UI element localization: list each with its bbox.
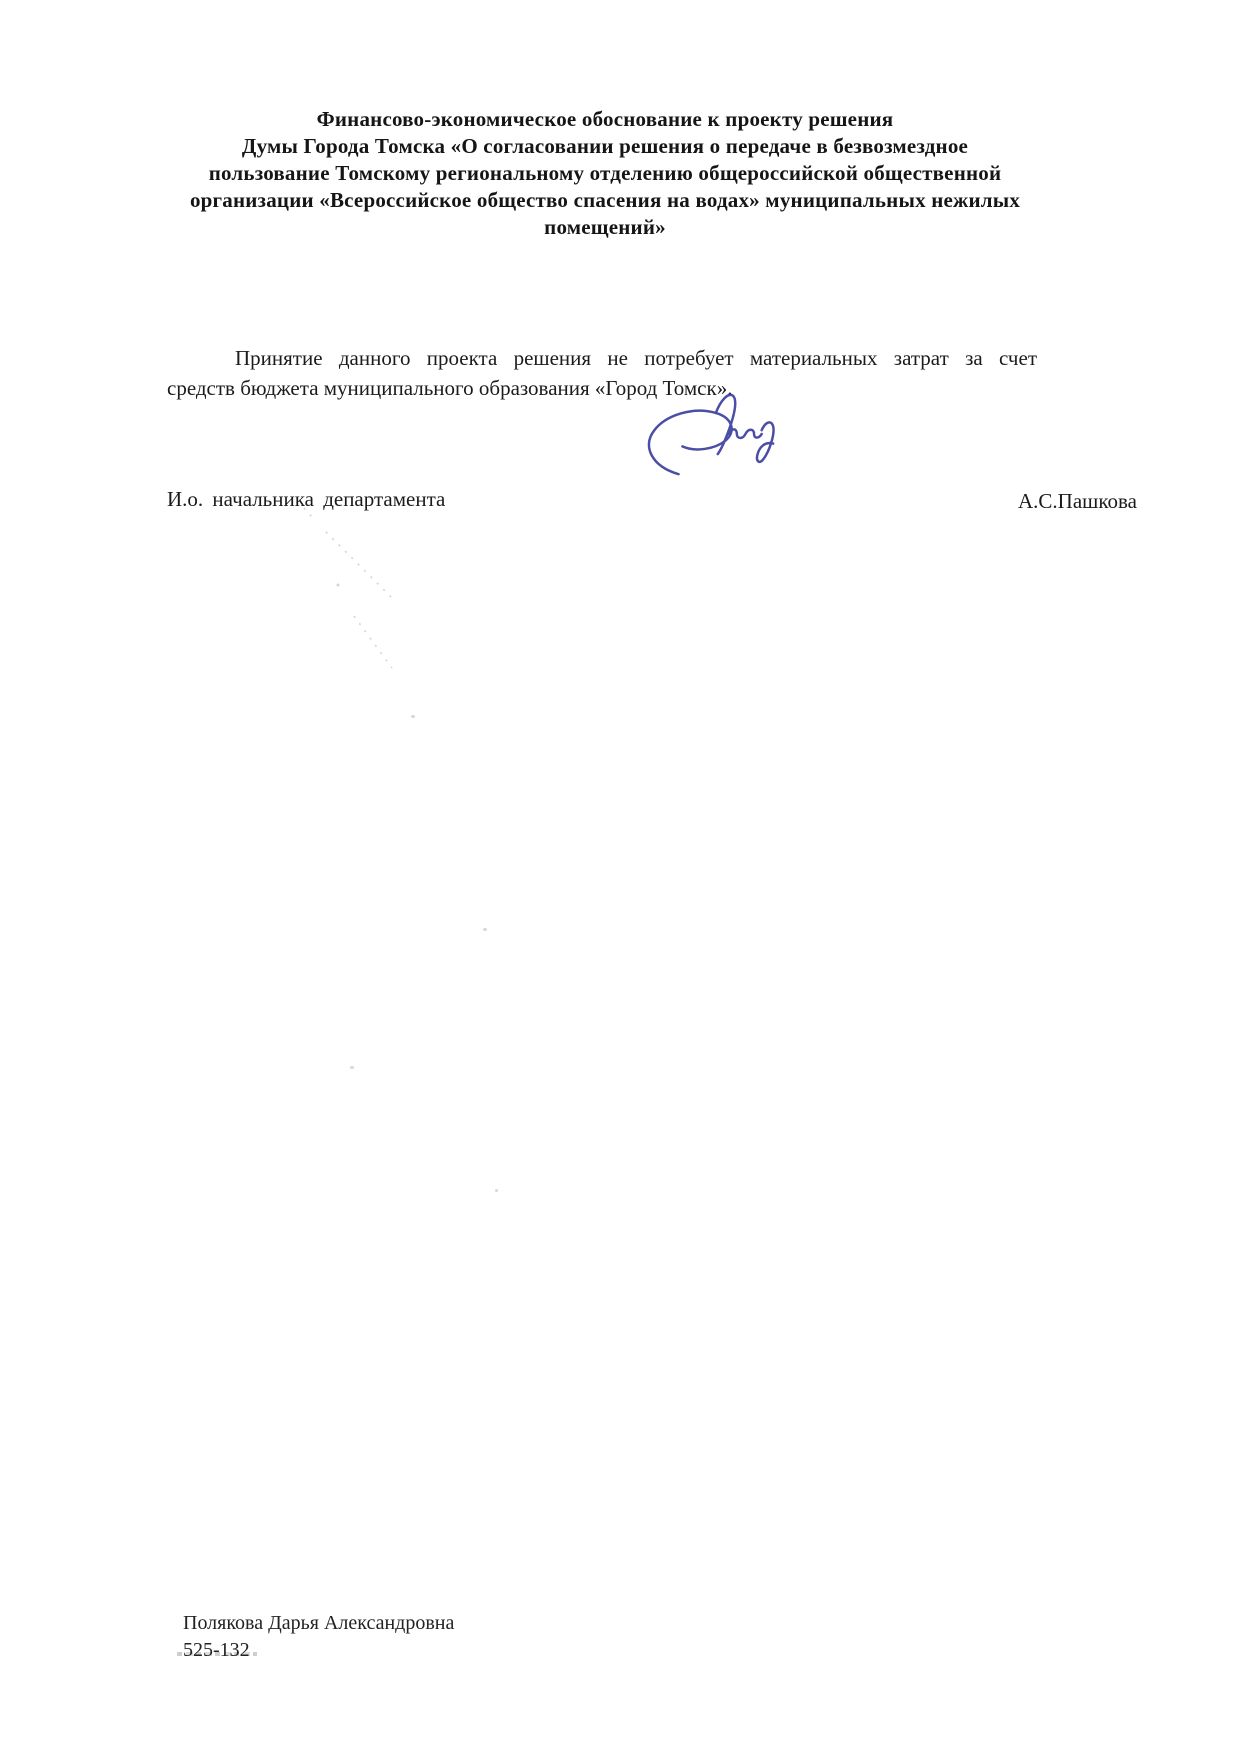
- title-line: Думы Города Томска «О согласовании решен…: [160, 133, 1050, 160]
- contact-phone: 525-132: [183, 1637, 454, 1664]
- scan-speck: [483, 928, 487, 931]
- handwritten-signature-icon: [637, 391, 787, 477]
- document-page: Финансово-экономическое обоснование к пр…: [0, 0, 1240, 1753]
- scan-artifact-marks: [290, 460, 510, 690]
- page-title: Финансово-экономическое обоснование к пр…: [160, 106, 1050, 241]
- contact-name: Полякова Дарья Александровна: [183, 1610, 454, 1637]
- title-line: организации «Всероссийское общество спас…: [160, 187, 1050, 214]
- body-line: Принятие данного проекта решения не потр…: [167, 343, 1037, 373]
- title-line: Финансово-экономическое обоснование к пр…: [160, 106, 1050, 133]
- title-line: помещений»: [160, 214, 1050, 241]
- title-line: пользование Томскому региональному отдел…: [160, 160, 1050, 187]
- body-line: средств бюджета муниципального образован…: [167, 373, 1037, 403]
- scan-speck: [411, 715, 415, 718]
- contact-footer: Полякова Дарья Александровна 525-132: [183, 1610, 454, 1664]
- signer-name: А.С.Пашкова: [1018, 489, 1137, 514]
- scan-speck: [350, 1066, 354, 1069]
- body-paragraph: Принятие данного проекта решения не потр…: [167, 343, 1037, 403]
- scan-speck: [495, 1189, 498, 1192]
